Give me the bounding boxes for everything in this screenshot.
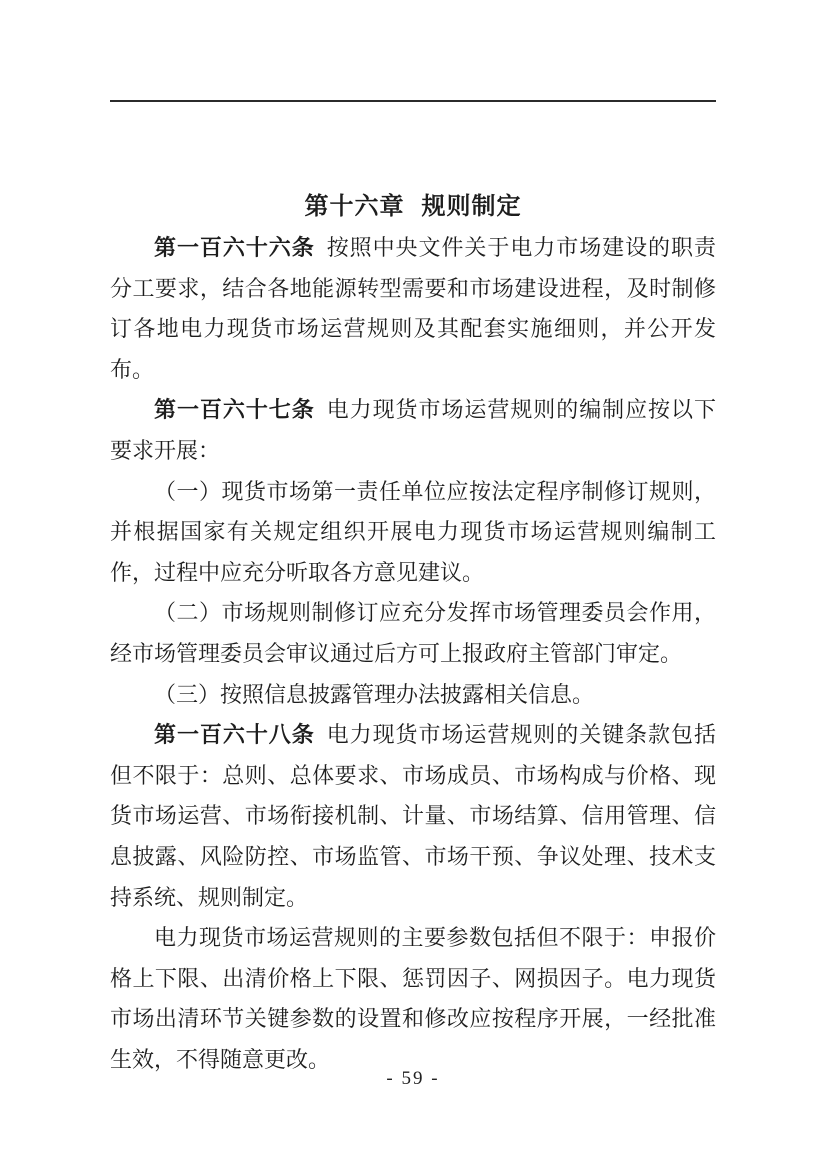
paragraph-text: （三）按照信息披露管理办法披露相关信息。 xyxy=(154,682,594,707)
paragraph-article-167: 第一百六十七条电力现货市场运营规则的编制应按以下要求开展： xyxy=(110,390,716,471)
article-number-167: 第一百六十七条 xyxy=(154,397,315,422)
header-rule xyxy=(110,100,716,102)
article-number-168: 第一百六十八条 xyxy=(154,722,315,747)
paragraph-article-168: 第一百六十八条电力现货市场运营规则的关键条款包括但不限于：总则、总体要求、市场成… xyxy=(110,715,716,918)
paragraph-text: （二）市场规则制修订应充分发挥市场管理委员会作用，经市场管理委员会审议通过后方可… xyxy=(110,600,716,666)
paragraph-item-2: （二）市场规则制修订应充分发挥市场管理委员会作用，经市场管理委员会审议通过后方可… xyxy=(110,593,716,674)
paragraph-item-1: （一）现货市场第一责任单位应按法定程序制修订规则，并根据国家有关规定组织开展电力… xyxy=(110,472,716,594)
chapter-heading: 第十六章 规则制定 xyxy=(0,186,826,221)
document-body: 第一百六十六条按照中央文件关于电力市场建设的职责分工要求，结合各地能源转型需要和… xyxy=(110,228,716,1080)
paragraph-text: （一）现货市场第一责任单位应按法定程序制修订规则，并根据国家有关规定组织开展电力… xyxy=(110,479,716,585)
paragraph-article-166: 第一百六十六条按照中央文件关于电力市场建设的职责分工要求，结合各地能源转型需要和… xyxy=(110,228,716,390)
paragraph-article-168-continued: 电力现货市场运营规则的主要参数包括但不限于：申报价格上下限、出清价格上下限、惩罚… xyxy=(110,918,716,1080)
article-number-166: 第一百六十六条 xyxy=(154,235,315,260)
paragraph-text: 电力现货市场运营规则的主要参数包括但不限于：申报价格上下限、出清价格上下限、惩罚… xyxy=(110,925,716,1072)
paragraph-item-3: （三）按照信息披露管理办法披露相关信息。 xyxy=(110,675,716,716)
page-number: - 59 - xyxy=(0,1068,826,1090)
document-page: 第十六章 规则制定 第一百六十六条按照中央文件关于电力市场建设的职责分工要求，结… xyxy=(0,0,826,1169)
paragraph-text: 电力现货市场运营规则的关键条款包括但不限于：总则、总体要求、市场成员、市场构成与… xyxy=(110,722,716,909)
